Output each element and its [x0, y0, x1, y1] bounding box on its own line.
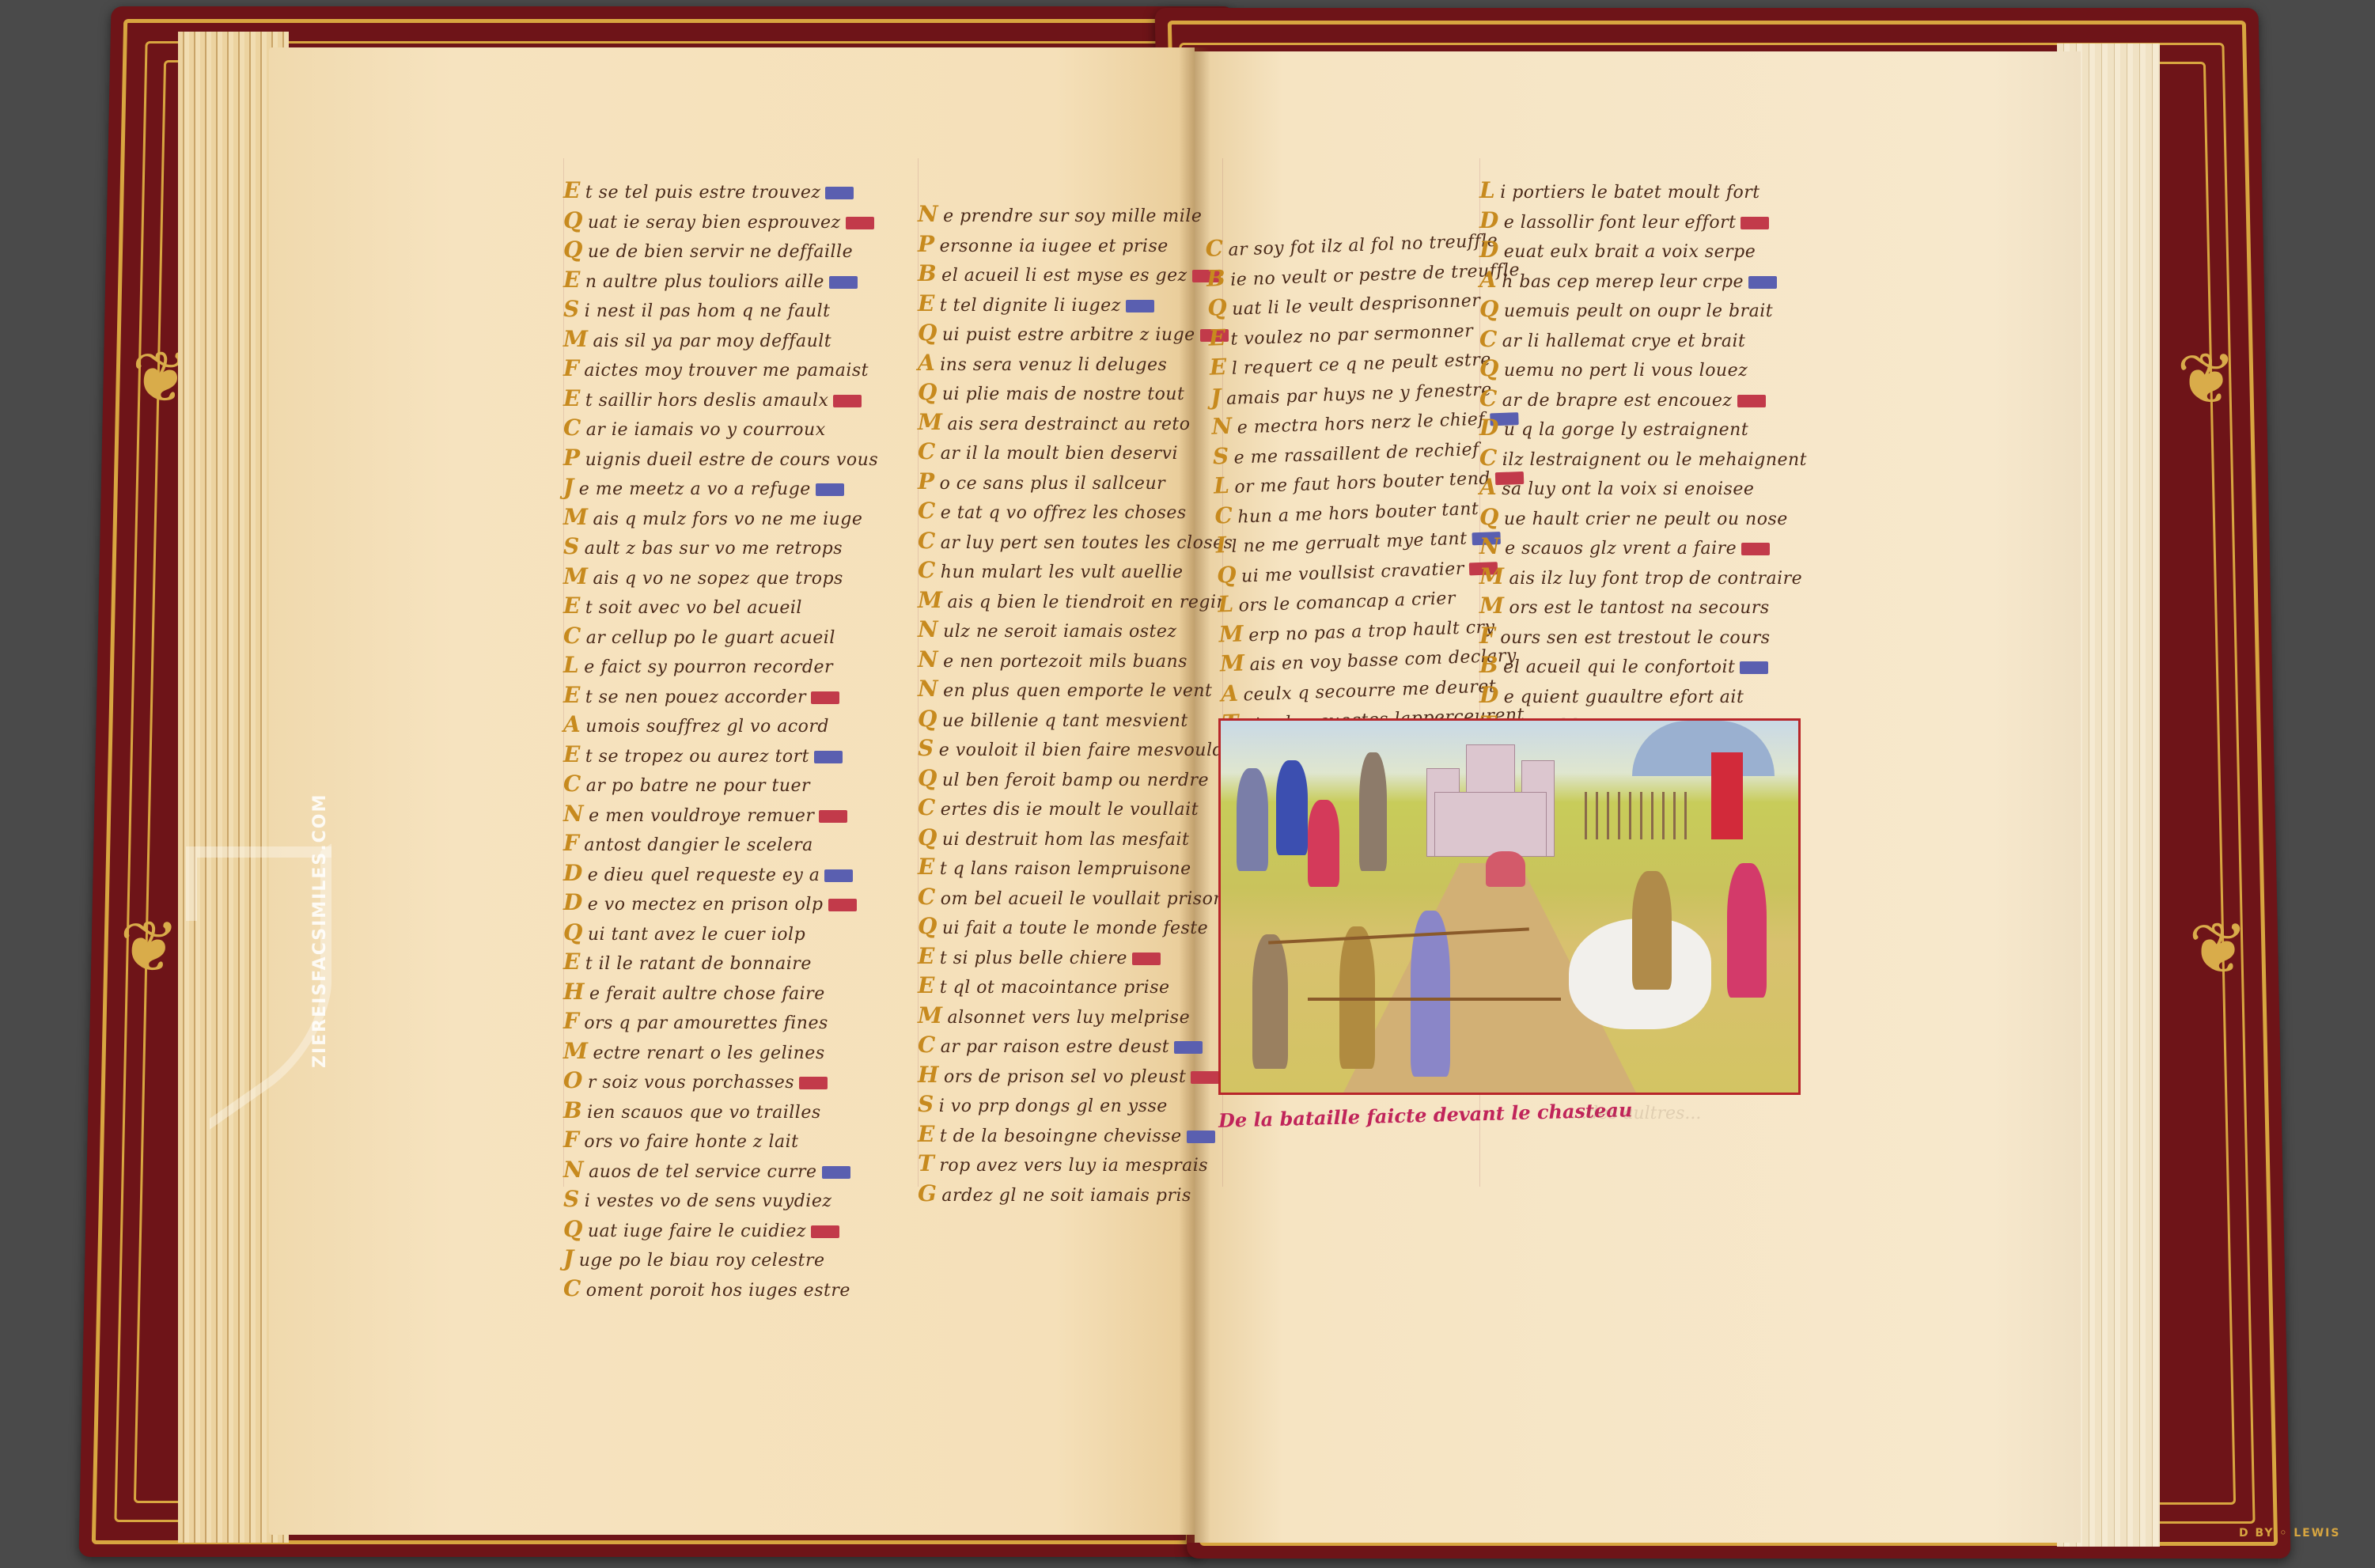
- decorated-initial: F: [563, 830, 579, 856]
- verse-text: ue hault crier ne peult ou nose: [1504, 509, 1788, 529]
- decorated-initial: A: [918, 350, 935, 376]
- line-filler-ornament: [1748, 276, 1777, 289]
- show-through-text: ...des aultres...: [1570, 1104, 1701, 1123]
- decorated-initial: S: [563, 1186, 580, 1212]
- verse-text: antost dangier le scelera: [584, 835, 812, 855]
- decorated-initial: M: [563, 326, 589, 352]
- verse-line: Qul ben feroit bamp ou nerdre: [918, 763, 1179, 793]
- verse-line: Chun mulart les vult auellie: [918, 555, 1179, 585]
- verse-line: Po ce sans plus il sallceur: [918, 467, 1179, 497]
- verse-line: Et se tel puis estre trouvez: [563, 176, 896, 206]
- verse-line: Quemuis peult on oupr le brait: [1479, 294, 1796, 324]
- verse-line: Que de bien servir ne deffaille: [563, 235, 896, 265]
- verse-text: t q lans raison lempruisone: [940, 859, 1191, 879]
- verse-text: el acueil qui le confortoit: [1503, 657, 1735, 677]
- line-filler-ornament: [814, 751, 843, 763]
- seated-women: [1486, 851, 1525, 887]
- decorated-initial: C: [1479, 445, 1498, 471]
- decorated-initial: A: [1479, 267, 1497, 293]
- verse-text: e scauos glz vrent a faire: [1505, 539, 1737, 559]
- verse-text: ours sen est trestout le cours: [1500, 628, 1770, 648]
- line-filler-ornament: [828, 899, 857, 911]
- verse-line: Si vestes vo de sens vuydiez: [563, 1184, 896, 1214]
- verse-line: Nulz ne seroit iamais ostez: [918, 615, 1179, 645]
- verse-line: Nen plus quen emporte le vent: [918, 674, 1179, 704]
- decorated-initial: D: [1479, 237, 1499, 263]
- decorated-initial: E: [918, 1121, 935, 1147]
- verse-text: rop avez vers luy ia mesprais: [939, 1156, 1208, 1176]
- decorated-initial: M: [918, 1002, 943, 1028]
- gilt-fleuron-ornament: ❦: [2182, 910, 2258, 1147]
- decorated-initial: Q: [918, 824, 937, 850]
- verse-line: Fors vo faire honte z lait: [563, 1125, 896, 1155]
- line-filler-ornament: [1741, 217, 1769, 229]
- figure: [1727, 863, 1767, 998]
- verse-line: Car li hallemat crye et brait: [1479, 324, 1796, 354]
- decorated-initial: D: [1479, 415, 1499, 441]
- verse-text: ue de bien servir ne deffaille: [588, 242, 853, 262]
- decorated-initial: L: [1214, 472, 1230, 499]
- line-filler-ornament: [1126, 300, 1154, 312]
- decorated-initial: B: [1206, 264, 1225, 291]
- gilt-fleuron-ornament: ❦: [109, 908, 185, 1146]
- decorated-initial: Q: [918, 379, 937, 405]
- decorated-initial: E: [563, 593, 581, 619]
- verse-line: Mais sera destrainct au reto: [918, 407, 1179, 437]
- verse-text: hun mulart les vult auellie: [941, 562, 1184, 582]
- decorated-initial: Q: [918, 913, 937, 939]
- verse-text: ar de brapre est encouez: [1502, 391, 1733, 411]
- decorated-initial: C: [918, 884, 936, 910]
- decorated-initial: M: [1219, 650, 1245, 676]
- decorated-initial: M: [1218, 620, 1244, 647]
- decorated-initial: C: [1479, 326, 1498, 352]
- verse-line: Se vouloit il bien faire mesvouldre: [918, 733, 1179, 763]
- verse-text: umois souffrez gl vo acord: [585, 717, 829, 737]
- verse-line: Qui fait a toute le monde feste: [918, 911, 1179, 941]
- verse-text: t si plus belle chiere: [940, 949, 1127, 968]
- figure: [1359, 752, 1387, 871]
- verse-text: ais q bien le tiendroit en regir: [948, 593, 1225, 612]
- verse-text: uemu no pert li vous louez: [1504, 361, 1748, 381]
- decorated-initial: S: [918, 1091, 934, 1117]
- verse-line: Le faict sy pourron recorder: [563, 650, 896, 680]
- decorated-initial: Q: [918, 765, 937, 791]
- decorated-initial: E: [563, 949, 581, 975]
- decorated-initial: C: [563, 415, 581, 441]
- decorated-initial: D: [563, 860, 583, 886]
- line-filler-ornament: [829, 276, 858, 289]
- verse-line: Et se nen pouez accorder: [563, 680, 896, 710]
- verse-text: uge po le biau roy celestre: [579, 1251, 825, 1271]
- decorated-initial: C: [918, 1032, 936, 1058]
- verse-text: o ce sans plus il sallceur: [940, 474, 1166, 494]
- verse-line: Gardez gl ne soit iamais pris: [918, 1179, 1179, 1209]
- verse-line: Li portiers le batet moult fort: [1479, 176, 1796, 206]
- decorated-initial: B: [918, 260, 937, 286]
- verse-text: ar par raison estre deust: [941, 1037, 1169, 1057]
- verse-text: t tel dignite li iugez: [940, 296, 1121, 316]
- decorated-initial: A: [1479, 474, 1497, 500]
- decorated-initial: J: [1210, 384, 1222, 410]
- verse-line: Ains sera venuz li deluges: [918, 348, 1179, 378]
- verse-text: ors vo faire honte z lait: [584, 1132, 798, 1152]
- verse-line: Mais q vo ne sopez que trops: [563, 562, 896, 592]
- verse-line: Qui tant avez le cuer iolp: [563, 918, 896, 948]
- decorated-initial: L: [563, 652, 579, 678]
- line-filler-ornament: [1740, 661, 1768, 674]
- decorated-initial: Q: [1479, 504, 1499, 530]
- verse-line: Ce tat q vo offrez les choses: [918, 496, 1179, 526]
- verse-text: euat eulx brait a voix serpe: [1504, 242, 1756, 262]
- verse-text: i vo prp dongs gl en ysse: [939, 1096, 1168, 1116]
- watermark-text: ZIEREISFACSIMILES.COM: [310, 793, 330, 1068]
- decorated-initial: A: [1221, 680, 1239, 706]
- verse-line: Qui plie mais de nostre tout: [918, 377, 1179, 407]
- figure: [1276, 760, 1308, 855]
- verse-text: e me meetz a vo a refuge: [579, 479, 811, 499]
- verse-line: Trop avez vers luy ia mesprais: [918, 1149, 1179, 1179]
- verse-text: t ql ot macointance prise: [940, 978, 1170, 998]
- decorated-initial: F: [563, 355, 579, 381]
- verse-text: ien scauos que vo trailles: [587, 1103, 820, 1123]
- decorated-initial: B: [1479, 652, 1498, 678]
- decorated-initial: C: [1205, 235, 1224, 262]
- figure-soldier: [1252, 934, 1288, 1069]
- verse-text: e tat q vo offrez les choses: [941, 503, 1187, 523]
- decorated-initial: C: [918, 498, 936, 524]
- decorated-initial: M: [1479, 593, 1505, 619]
- verse-line: Fours sen est trestout le cours: [1479, 621, 1796, 651]
- decorated-initial: E: [563, 177, 581, 203]
- verse-line: Personne ia iugee et prise: [918, 229, 1179, 259]
- decorated-initial: P: [918, 231, 935, 257]
- verse-line: Juge po le biau roy celestre: [563, 1244, 896, 1274]
- verse-text: oment poroit hos iuges estre: [586, 1281, 850, 1301]
- verse-line: Ah bas cep merep leur crpe: [1479, 265, 1796, 295]
- verse-text: ue billenie q tant mesvient: [942, 711, 1188, 731]
- miniature-illustration: [1218, 718, 1801, 1095]
- decorated-initial: N: [1479, 533, 1500, 559]
- verse-text: ors q par amourettes fines: [584, 1013, 828, 1033]
- decorated-initial: J: [563, 1245, 574, 1271]
- decorated-initial: Q: [1207, 294, 1228, 321]
- decorated-initial: B: [563, 1097, 582, 1123]
- verse-line: Que billenie q tant mesvient: [918, 704, 1179, 734]
- decorated-initial: E: [1208, 324, 1226, 351]
- verse-line: Deuat eulx brait a voix serpe: [1479, 235, 1796, 265]
- verse-text: uat ie seray bien esprouvez: [588, 213, 841, 233]
- verse-line: De vo mectez en prison olp: [563, 888, 896, 918]
- verse-text: ulz ne seroit iamais ostez: [943, 622, 1176, 642]
- verse-text: ar ie iamais vo y courroux: [586, 420, 826, 440]
- verse-text: ui fait a toute le monde feste: [942, 918, 1208, 938]
- decorated-initial: M: [563, 563, 589, 589]
- decorated-initial: S: [563, 296, 580, 322]
- decorated-initial: E: [918, 290, 935, 316]
- line-filler-ornament: [825, 187, 854, 199]
- line-filler-ornament: [1191, 1071, 1219, 1084]
- decorated-initial: C: [1214, 502, 1233, 528]
- verse-line: Si nest il pas hom q ne fault: [563, 294, 896, 324]
- verse-text: ersonne ia iugee et prise: [940, 237, 1169, 256]
- decorated-initial: F: [563, 1008, 579, 1034]
- verse-text: ectre renart o les gelines: [593, 1043, 825, 1063]
- verse-line: Car po batre ne pour tuer: [563, 769, 896, 799]
- verse-text: ilz lestraignent ou le mehaignent: [1502, 450, 1807, 470]
- figure: [1308, 800, 1339, 887]
- verse-line: Bien scauos que vo trailles: [563, 1096, 896, 1126]
- verse-text: i nest il pas hom q ne fault: [585, 301, 831, 321]
- verse-line: Et si plus belle chiere: [918, 941, 1179, 971]
- decorated-initial: N: [1211, 413, 1233, 440]
- verse-line: Mors est le tantost na secours: [1479, 591, 1796, 621]
- verse-line: Ne men vouldroye remuer: [563, 799, 896, 829]
- decorated-initial: J: [563, 474, 574, 500]
- decorated-initial: S: [918, 735, 934, 761]
- left-page-column-1: Et se tel puis estre trouvezQuat ie sera…: [563, 176, 896, 1303]
- decorated-initial: F: [1479, 623, 1495, 649]
- verse-text: e men vouldroye remuer: [589, 806, 814, 826]
- decorated-initial: E: [1209, 354, 1227, 381]
- verse-line: Qui puist estre arbitre z iuge: [918, 318, 1179, 348]
- decorated-initial: T: [918, 1150, 934, 1176]
- verse-line: Nauos de tel service curre: [563, 1155, 896, 1185]
- decorated-initial: N: [918, 616, 938, 642]
- verse-line: De lassollir font leur effort: [1479, 206, 1796, 236]
- decorated-initial: H: [918, 1062, 939, 1088]
- verse-text: e quient guaultre efort ait: [1504, 687, 1744, 707]
- decorated-initial: E: [563, 385, 581, 411]
- decorated-initial: G: [918, 1180, 937, 1206]
- verse-text: r soiz vous porchasses: [588, 1073, 794, 1093]
- verse-line: Coment poroit hos iuges estre: [563, 1274, 896, 1304]
- decorated-initial: E: [918, 854, 935, 880]
- decorated-initial: C: [563, 1275, 581, 1301]
- verse-text: ui destruit hom las mesfait: [942, 830, 1190, 850]
- verse-text: t saillir hors deslis amaulx: [585, 391, 829, 411]
- verse-line: Ne scauos glz vrent a faire: [1479, 532, 1796, 562]
- decorated-initial: Q: [563, 207, 583, 233]
- decorated-initial: Q: [1479, 296, 1499, 322]
- decorated-initial: P: [918, 468, 935, 494]
- decorated-initial: N: [918, 676, 938, 702]
- verse-text: ors est le tantost na secours: [1509, 598, 1770, 618]
- decorated-initial: H: [563, 979, 585, 1005]
- verse-text: e ferait aultre chose faire: [589, 984, 825, 1004]
- gilt-fleuron-ornament: ❦: [2170, 340, 2246, 578]
- mounted-knight: [1632, 871, 1672, 990]
- verse-text: ors de prison sel vo pleust: [944, 1067, 1186, 1087]
- verse-text: ar cellup po le guart acueil: [586, 628, 835, 648]
- decorated-initial: C: [918, 528, 936, 554]
- verse-line: Puignis dueil estre de cours vous: [563, 443, 896, 473]
- decorated-initial: C: [918, 557, 936, 583]
- verse-line: Quat ie seray bien esprouvez: [563, 206, 896, 236]
- decorated-initial: Q: [918, 320, 937, 346]
- verse-text: uat iuge faire le cuidiez: [588, 1221, 806, 1241]
- verse-text: om bel acueil le voullait prisone: [941, 889, 1236, 909]
- verse-text: e nen portezoit mils buans: [943, 652, 1187, 672]
- banner: [1711, 752, 1743, 839]
- verse-line: Et il le ratant de bonnaire: [563, 947, 896, 977]
- decorated-initial: Q: [563, 237, 583, 263]
- verse-text: ault z bas sur vo me retrops: [585, 539, 843, 559]
- verse-text: ais sera destrainct au reto: [948, 415, 1191, 434]
- decorated-initial: E: [918, 943, 935, 969]
- verse-line: He ferait aultre chose faire: [563, 977, 896, 1007]
- castle: [1419, 737, 1561, 855]
- verse-line: Et de la besoingne chevisse: [918, 1119, 1179, 1149]
- decorated-initial: C: [918, 438, 936, 464]
- line-filler-ornament: [811, 1225, 839, 1238]
- line-filler-ornament: [1174, 1041, 1203, 1054]
- verse-line: Du q la gorge ly estraignent: [1479, 413, 1796, 443]
- verse-text: ins sera venuz li deluges: [940, 355, 1167, 375]
- verse-line: Bel acueil li est myse es gez: [918, 259, 1179, 289]
- verse-line: Car par raison estre deust: [918, 1030, 1179, 1060]
- line-filler-ornament: [822, 1166, 850, 1179]
- decorated-initial: N: [918, 201, 938, 227]
- verse-text: aictes moy trouver me pamaist: [584, 361, 869, 381]
- verse-line: Malsonnet vers luy melprise: [918, 1001, 1179, 1031]
- decorated-initial: L: [1218, 591, 1234, 618]
- decorated-initial: C: [563, 623, 581, 649]
- verse-line: Fantost dangier le scelera: [563, 828, 896, 858]
- verse-line: Car luy pert sen toutes les closes: [918, 526, 1179, 556]
- verse-text: t se nen pouez accorder: [585, 687, 806, 707]
- verse-line: Car de brapre est encouez: [1479, 384, 1796, 414]
- verse-text: e prendre sur soy mille mile: [943, 206, 1202, 226]
- verse-line: Mais ilz luy font trop de contraire: [1479, 562, 1796, 592]
- decorated-initial: C: [563, 771, 581, 797]
- verse-line: Quat iuge faire le cuidiez: [563, 1214, 896, 1244]
- decorated-initial: C: [1479, 385, 1498, 411]
- verse-text: n aultre plus touliors aille: [585, 272, 824, 292]
- decorated-initial: F: [563, 1127, 579, 1153]
- decorated-initial: M: [1479, 563, 1505, 589]
- verse-text: e lassollir font leur effort: [1504, 213, 1737, 233]
- verse-line: Mais q mulz fors vo ne me iuge: [563, 502, 896, 532]
- verse-line: Car il la moult bien deservi: [918, 437, 1179, 467]
- lances: [1585, 792, 1695, 839]
- verse-text: e faict sy pourron recorder: [584, 657, 833, 677]
- verse-line: Mais q bien le tiendroit en regir: [918, 585, 1179, 615]
- verse-line: Et se tropez ou aurez tort: [563, 740, 896, 770]
- verse-line: Mais sil ya par moy deffault: [563, 324, 896, 354]
- line-filler-ornament: [816, 483, 844, 496]
- decorated-initial: L: [1479, 177, 1495, 203]
- verse-text: en plus quen emporte le vent: [943, 681, 1212, 701]
- decorated-initial: N: [563, 801, 584, 827]
- verse-text: ui puist estre arbitre z iuge: [942, 325, 1195, 345]
- verse-text: ar po batre ne pour tuer: [586, 776, 810, 796]
- verse-line: Sault z bas sur vo me retrops: [563, 532, 896, 562]
- verse-text: auos de tel service curre: [589, 1162, 816, 1182]
- verse-line: Car cellup po le guart acueil: [563, 621, 896, 651]
- verse-text: sa luy ont la voix si enoisee: [1502, 479, 1754, 499]
- decorated-initial: E: [563, 682, 581, 708]
- decorated-initial: E: [918, 972, 935, 998]
- left-page-column-2: Ne prendre sur soy mille milePersonne ia…: [918, 199, 1179, 1208]
- decorated-initial: E: [563, 741, 581, 767]
- line-filler-ornament: [1741, 543, 1770, 555]
- decorated-initial: S: [1212, 442, 1229, 469]
- line-filler-ornament: [833, 395, 862, 407]
- decorated-initial: Q: [1217, 561, 1237, 588]
- verse-text: e vo mectez en prison olp: [588, 895, 824, 915]
- verse-text: ui tant avez le cuer iolp: [588, 925, 805, 945]
- line-filler-ornament: [1132, 953, 1161, 965]
- verse-text: e dieu quel requeste ey a: [588, 865, 820, 885]
- decorated-initial: M: [918, 409, 943, 435]
- verse-text: ar li hallemat crye et brait: [1502, 331, 1746, 351]
- decorated-initial: C: [918, 794, 936, 820]
- hill: [1632, 721, 1775, 776]
- verse-line: En aultre plus touliors aille: [563, 265, 896, 295]
- verse-line: Que hault crier ne peult ou nose: [1479, 502, 1796, 532]
- verse-text: el acueil li est myse es gez: [941, 266, 1187, 286]
- verse-text: ertes dis ie moult le voullait: [941, 800, 1199, 820]
- verse-text: t il le ratant de bonnaire: [585, 954, 812, 974]
- verse-line: Aumois souffrez gl vo acord: [563, 710, 896, 740]
- line-filler-ornament: [811, 691, 839, 704]
- decorated-initial: M: [918, 587, 943, 613]
- verse-line: Quemu no pert li vous louez: [1479, 354, 1796, 384]
- decorated-initial: D: [1479, 682, 1499, 708]
- decorated-initial: Q: [1479, 355, 1499, 381]
- decorated-initial: Q: [563, 919, 583, 945]
- verse-text: uignis dueil estre de cours vous: [585, 450, 879, 470]
- verse-text: t se tropez ou aurez tort: [585, 747, 809, 767]
- verse-text: ais q vo ne sopez que trops: [593, 569, 843, 589]
- line-filler-ornament: [1737, 395, 1766, 407]
- decorated-initial: Q: [563, 1216, 583, 1242]
- verse-text: t se tel puis estre trouvez: [585, 183, 821, 203]
- verse-line: Qui destruit hom las mesfait: [918, 823, 1179, 853]
- line-filler-ornament: [799, 1077, 828, 1089]
- verse-line: Et soit avec vo bel acueil: [563, 591, 896, 621]
- verse-text: ais q mulz fors vo ne me iuge: [593, 509, 863, 529]
- verse-text: ais sil ya par moy deffault: [593, 331, 832, 351]
- verse-text: e vouloit il bien faire mesvouldre: [939, 740, 1244, 760]
- decorated-initial: D: [1479, 207, 1499, 233]
- verse-text: t de la besoingne chevisse: [940, 1127, 1182, 1146]
- verse-text: ar luy pert sen toutes les closes: [941, 533, 1233, 553]
- verse-line: Certes dis ie moult le voullait: [918, 793, 1179, 823]
- figure: [1237, 768, 1268, 871]
- verse-line: Mectre renart o les gelines: [563, 1036, 896, 1066]
- verse-line: Si vo prp dongs gl en ysse: [918, 1089, 1179, 1119]
- verse-text: ardez gl ne soit iamais pris: [941, 1186, 1191, 1206]
- decorated-initial: P: [563, 445, 581, 471]
- verse-line: Faictes moy trouver me pamaist: [563, 354, 896, 384]
- line-filler-ornament: [824, 869, 853, 882]
- verse-line: De dieu quel requeste ey a: [563, 858, 896, 888]
- decorated-initial: N: [563, 1157, 584, 1183]
- verse-line: Fors q par amourettes fines: [563, 1006, 896, 1036]
- verse-text: h bas cep merep leur crpe: [1502, 272, 1744, 292]
- line-filler-ornament: [846, 217, 874, 229]
- decorated-initial: M: [563, 1038, 589, 1064]
- decorated-initial: Q: [918, 706, 937, 732]
- verse-line: Et saillir hors deslis amaulx: [563, 384, 896, 414]
- decorated-initial: A: [563, 711, 581, 737]
- verse-text: i portiers le batet moult fort: [1500, 183, 1759, 203]
- verse-text: u q la gorge ly estraignent: [1504, 420, 1748, 440]
- verse-line: Et q lans raison lempruisone: [918, 852, 1179, 882]
- verse-text: ar il la moult bien deservi: [941, 444, 1178, 464]
